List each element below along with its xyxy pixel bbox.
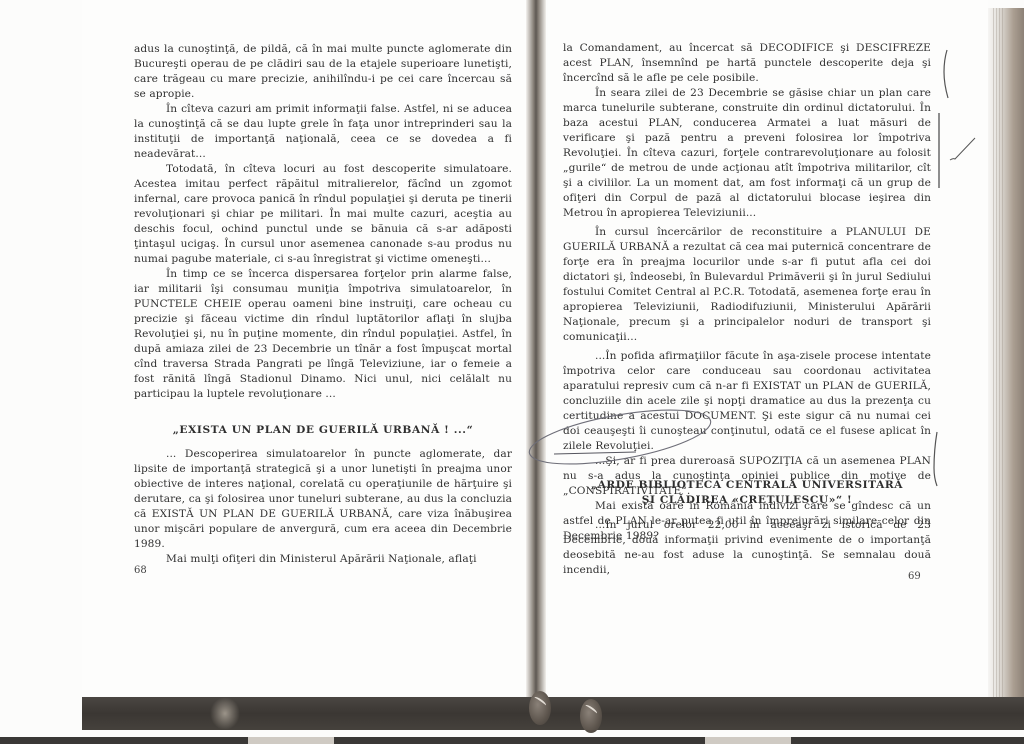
page-stack-lines	[993, 8, 1003, 698]
right-page-body: la Comandament, au încercat să DECODIFIC…	[563, 41, 931, 544]
paragraph: Totodată, în cîteva locuri au fost desco…	[134, 162, 512, 267]
paragraph: În seara zilei de 23 Decembrie se găsise…	[563, 86, 931, 221]
paragraph: ... Descoperirea simulatoarelor în punct…	[134, 447, 512, 552]
book-clip-right	[580, 699, 602, 733]
left-page-body: adus la cunoştinţă, de pildă, că în mai …	[134, 42, 512, 402]
right-page-section-body: ...În jurul orelor 22,00 în aceeaşi zi i…	[563, 518, 931, 578]
page-number-left: 68	[134, 565, 147, 576]
book-clip-left	[529, 691, 551, 725]
paragraph: adus la cunoştinţă, de pildă, că în mai …	[134, 42, 512, 102]
paragraph: În cîteva cazuri am primit informaţii fa…	[134, 102, 512, 162]
paragraph: ...În pofida afirmaţiilor făcute în aşa-…	[563, 349, 931, 454]
scanned-book-spread: adus la cunoştinţă, de pildă, că în mai …	[0, 0, 1024, 744]
paragraph: ...În jurul orelor 22,00 în aceeaşi zi i…	[563, 518, 931, 578]
scanner-light-right	[705, 737, 791, 744]
paragraph: Mai mulţi ofiţeri din Ministerul Apărări…	[134, 552, 512, 567]
book-spine-gutter	[526, 0, 546, 700]
paragraph: la Comandament, au încercat să DECODIFIC…	[563, 41, 931, 86]
section-heading-line-2: ŞI CLĂDIREA «CREŢULESCU»“ !	[563, 493, 931, 508]
section-heading-right: „ARDE BIBLIOTECA CENTRALĂ UNIVERSITARĂ Ş…	[563, 478, 931, 508]
section-heading-line-1: „ARDE BIBLIOTECA CENTRALĂ UNIVERSITARĂ	[563, 478, 931, 493]
scanner-light-left	[248, 737, 334, 744]
scanner-bottom-bar	[0, 737, 1024, 744]
left-page-section-body: ... Descoperirea simulatoarelor în punct…	[134, 447, 512, 567]
paragraph: În cursul încercărilor de reconstituire …	[563, 225, 931, 345]
paragraph: În timp ce se încerca dispersarea forţel…	[134, 267, 512, 402]
table-glare	[210, 697, 240, 730]
section-heading-left: „EXISTA UN PLAN DE GUERILĂ URBANĂ ! ...“	[134, 424, 512, 436]
page-number-right: 69	[908, 571, 921, 582]
